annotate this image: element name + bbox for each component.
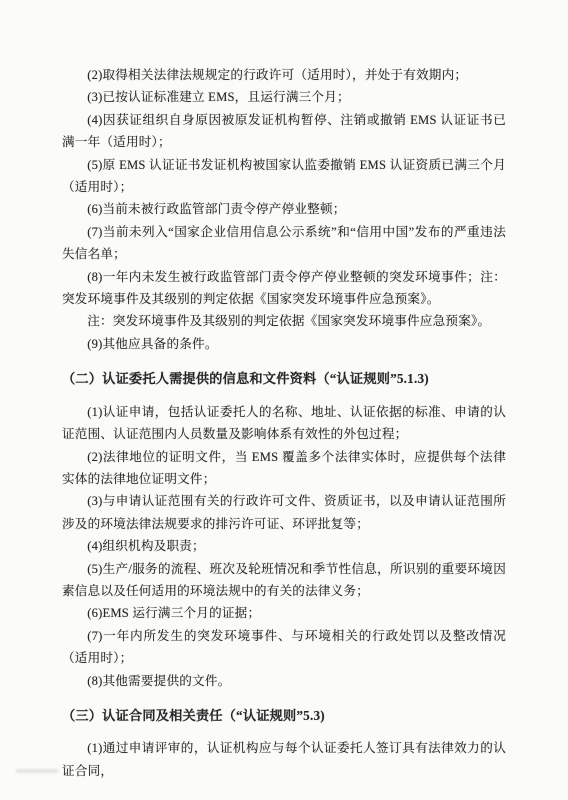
paragraph: (8)其他需要提供的文件。 <box>62 670 506 692</box>
paragraph: (5)生产/服务的流程、班次及轮班情况和季节性信息，所识别的重要环境因素信息以及… <box>62 558 506 603</box>
document-page: (2)取得相关法律法规规定的行政许可（适用时），并处于有效期内；(3)已按认证标… <box>0 0 568 800</box>
scanned-document-page: (2)取得相关法律法规规定的行政许可（适用时），并处于有效期内；(3)已按认证标… <box>0 0 568 800</box>
paragraph: (2)取得相关法律法规规定的行政许可（适用时），并处于有效期内； <box>62 64 506 86</box>
section-heading: （二）认证委托人需提供的信息和文件资料（“认证规则”5.1.3) <box>62 368 506 390</box>
paragraph: (1)通过申请评审的，认证机构应与每个认证委托人签订具有法律效力的认证合同， <box>62 737 506 782</box>
paragraph: (2)法律地位的证明文件，当 EMS 覆盖多个法律实体时，应提供每个法律实体的法… <box>62 446 506 491</box>
paragraph: (3)与申请认证范围有关的行政许可文件、资质证书，以及申请认证范围所涉及的环境法… <box>62 490 506 535</box>
paragraph: (1)认证申请，包括认证委托人的名称、地址、认证依据的标准、申请的认证范围、认证… <box>62 401 506 446</box>
paragraph: (3)已按认证标准建立 EMS，且运行满三个月； <box>62 86 506 108</box>
scan-smudge-artifact <box>16 769 58 773</box>
paragraph: (5)原 EMS 认证证书发证机构被国家认监委撤销 EMS 认证资质已满三个月（… <box>62 154 506 199</box>
paragraph: (7)当前未列入“国家企业信用信息公示系统”和“信用中国”发布的严重违法失信名单… <box>62 221 506 266</box>
paragraph: (6)当前未被行政监管部门责令停产停业整顿； <box>62 198 506 220</box>
paragraph: (4)组织机构及职责； <box>62 535 506 557</box>
paragraph: (8)一年内未发生被行政监管部门责令停产停业整顿的突发环境事件；注：突发环境事件… <box>62 266 506 311</box>
paragraph: 注：突发环境事件及其级别的判定依据《国家突发环境事件应急预案》。 <box>62 310 506 332</box>
paragraph: (7)一年内所发生的突发环境事件、与环境相关的行政处罚以及整改情况（适用时）； <box>62 625 506 670</box>
paragraph: (9)其他应具备的条件。 <box>62 333 506 355</box>
paragraph: (4)因获证组织自身原因被原发证机构暂停、注销或撤销 EMS 认证证书已满一年（… <box>62 109 506 154</box>
paragraph: (6)EMS 运行满三个月的证据； <box>62 602 506 624</box>
section-heading: （三）认证合同及相关责任（“认证规则”5.3) <box>62 705 506 727</box>
